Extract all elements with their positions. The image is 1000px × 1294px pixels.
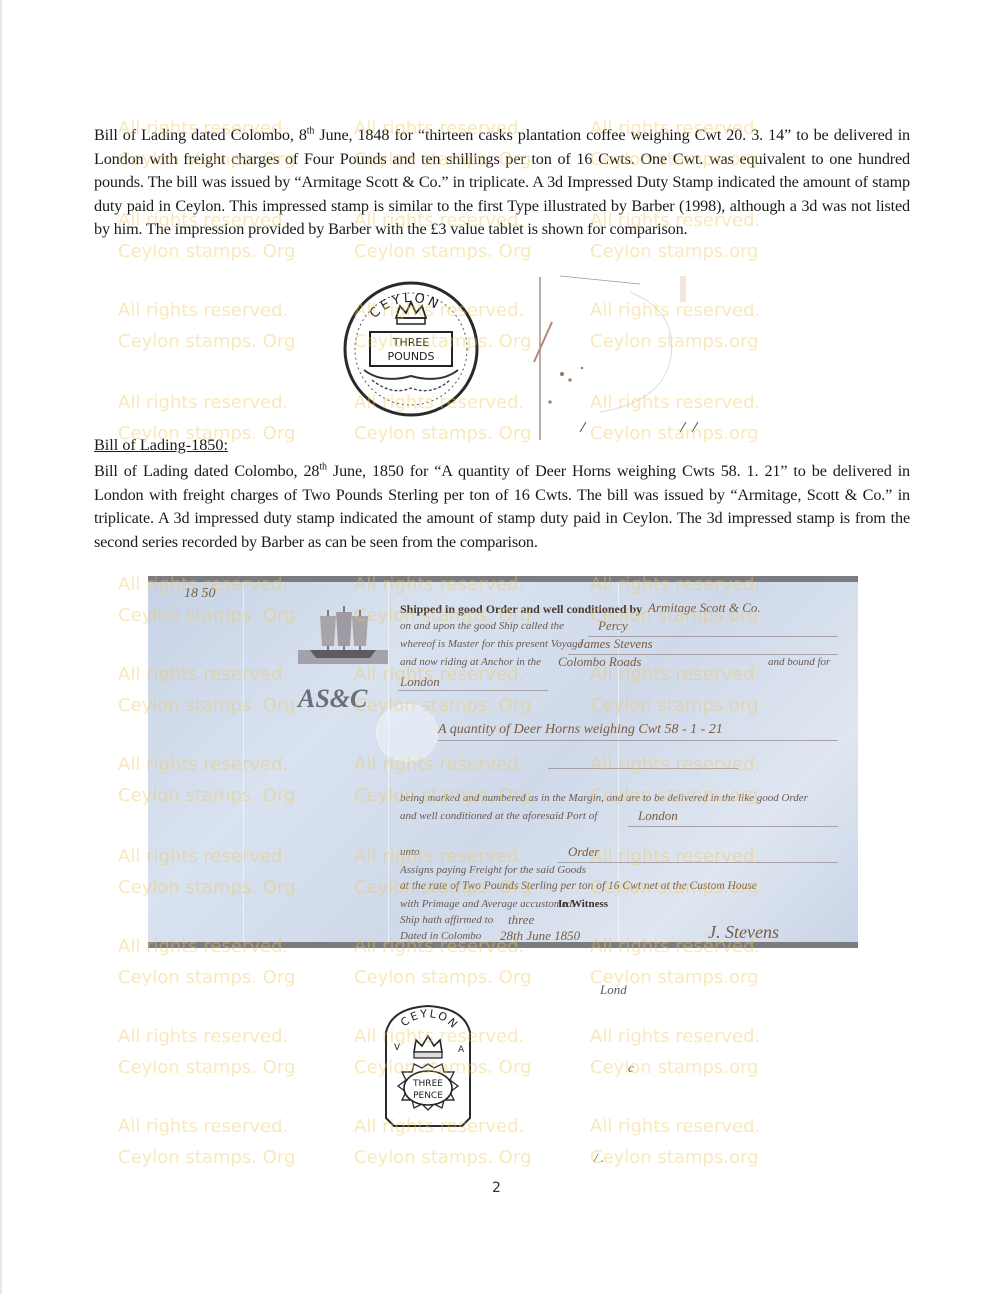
handwritten-freight: at the rate of Two Pounds Sterling per t…: [400, 880, 757, 892]
watermark-text: All rights reserved.: [118, 392, 288, 413]
printed-line: being marked and numbered as in the Marg…: [400, 792, 808, 804]
pencil-note: c: [628, 1060, 634, 1076]
company-monogram: AS&C: [298, 684, 367, 714]
watermark-text: Ceylon stamps. Org: [118, 331, 295, 352]
watermark-text: Ceylon stamps. Org: [118, 241, 295, 262]
pencil-note: Lond: [600, 982, 627, 998]
three-pounds-stamp-illustration: CEYLON THREE POUNDS: [342, 280, 480, 418]
watermark-text: Ceylon stamps. Org: [354, 967, 531, 988]
paragraph-bill-1850: Bill of Lading dated Colombo, 28th June,…: [94, 460, 910, 554]
paragraph-text: Bill of Lading dated Colombo, 28: [94, 462, 319, 480]
watermark-text: All rights reserved.: [590, 1116, 760, 1137]
three-pence-stamp-illustration: CEYLON V A THREE PENCE: [378, 1002, 478, 1128]
watermark-text: All rights reserved.: [118, 300, 288, 321]
handwritten-destination: London: [400, 674, 440, 690]
watermark-text: Ceylon stamps. Org: [118, 967, 295, 988]
handwritten-consignee: Order: [568, 844, 599, 860]
printed-line: whereof is Master for this present Voyag…: [400, 638, 583, 650]
ship-vignette-icon: [298, 602, 388, 667]
watermark-text: All rights reserved.: [590, 1026, 760, 1047]
handwritten-port: London: [638, 808, 678, 824]
handwritten-cargo: A quantity of Deer Horns weighing Cwt 58…: [438, 722, 723, 738]
watermark-text: Ceylon stamps.org: [590, 1057, 759, 1078]
in-witness-label: In Witness: [558, 898, 608, 910]
watermark-text: Ceylon stamps.org: [590, 1147, 759, 1168]
svg-text:THREE: THREE: [392, 336, 430, 349]
printed-line: Shipped in good Order and well condition…: [400, 602, 642, 617]
watermark-text: Ceylon stamps. Org: [118, 1057, 295, 1078]
watermark-text: All rights reserved.: [118, 1116, 288, 1137]
printed-line: on and upon the good Ship called the: [400, 620, 564, 632]
svg-text:A: A: [458, 1045, 465, 1055]
handwritten-master: James Stevens: [578, 636, 653, 652]
signature: J. Stevens: [708, 922, 779, 943]
bill-of-lading-1850-image: 18 50 AS&C Shipped in good Order and wel…: [148, 576, 858, 948]
section-heading: Bill of Lading-1850:: [94, 436, 228, 455]
page-number: 2: [492, 1180, 501, 1196]
handwritten-count: three: [508, 912, 534, 928]
svg-text:POUNDS: POUNDS: [387, 350, 434, 363]
handwritten-shipper: Armitage Scott & Co.: [648, 600, 761, 616]
pencil-note: / .: [594, 1150, 604, 1166]
watermark-text: Ceylon stamps. Org: [354, 423, 531, 444]
document-fragment-image: [520, 272, 770, 442]
svg-text:THREE: THREE: [412, 1079, 443, 1089]
embossed-duty-stamp: [376, 704, 438, 762]
paragraph-bill-1848: Bill of Lading dated Colombo, 8th June, …: [94, 124, 910, 242]
margin-note: 18 50: [184, 586, 216, 602]
page-edge: [0, 0, 2, 1294]
ordinal-suffix: th: [319, 462, 326, 473]
svg-text:V: V: [394, 1043, 401, 1053]
svg-text:PENCE: PENCE: [413, 1091, 443, 1101]
watermark-text: Ceylon stamps.org: [590, 241, 759, 262]
printed-line: Ship hath affirmed to: [400, 914, 493, 926]
printed-line: Dated in Colombo: [400, 930, 481, 942]
watermark-text: Ceylon stamps. Org: [354, 1147, 531, 1168]
printed-line: and now riding at Anchor in the: [400, 656, 541, 668]
watermark-text: Ceylon stamps. Org: [354, 241, 531, 262]
handwritten-roads: Colombo Roads: [558, 654, 641, 670]
handwritten-date: 28th June 1850: [500, 928, 580, 944]
printed-line: with Primage and Average accustomed.: [400, 898, 575, 910]
watermark-text: Ceylon stamps. Org: [118, 1147, 295, 1168]
printed-line: unto: [400, 846, 420, 858]
handwritten-ship-name: Percy: [598, 618, 628, 634]
watermark-text: All rights reserved.: [118, 1026, 288, 1047]
printed-line: and well conditioned at the aforesaid Po…: [400, 810, 597, 822]
paragraph-text: Bill of Lading dated Colombo, 8: [94, 126, 307, 144]
printed-line: Assigns paying Freight for the said Good…: [400, 864, 586, 876]
